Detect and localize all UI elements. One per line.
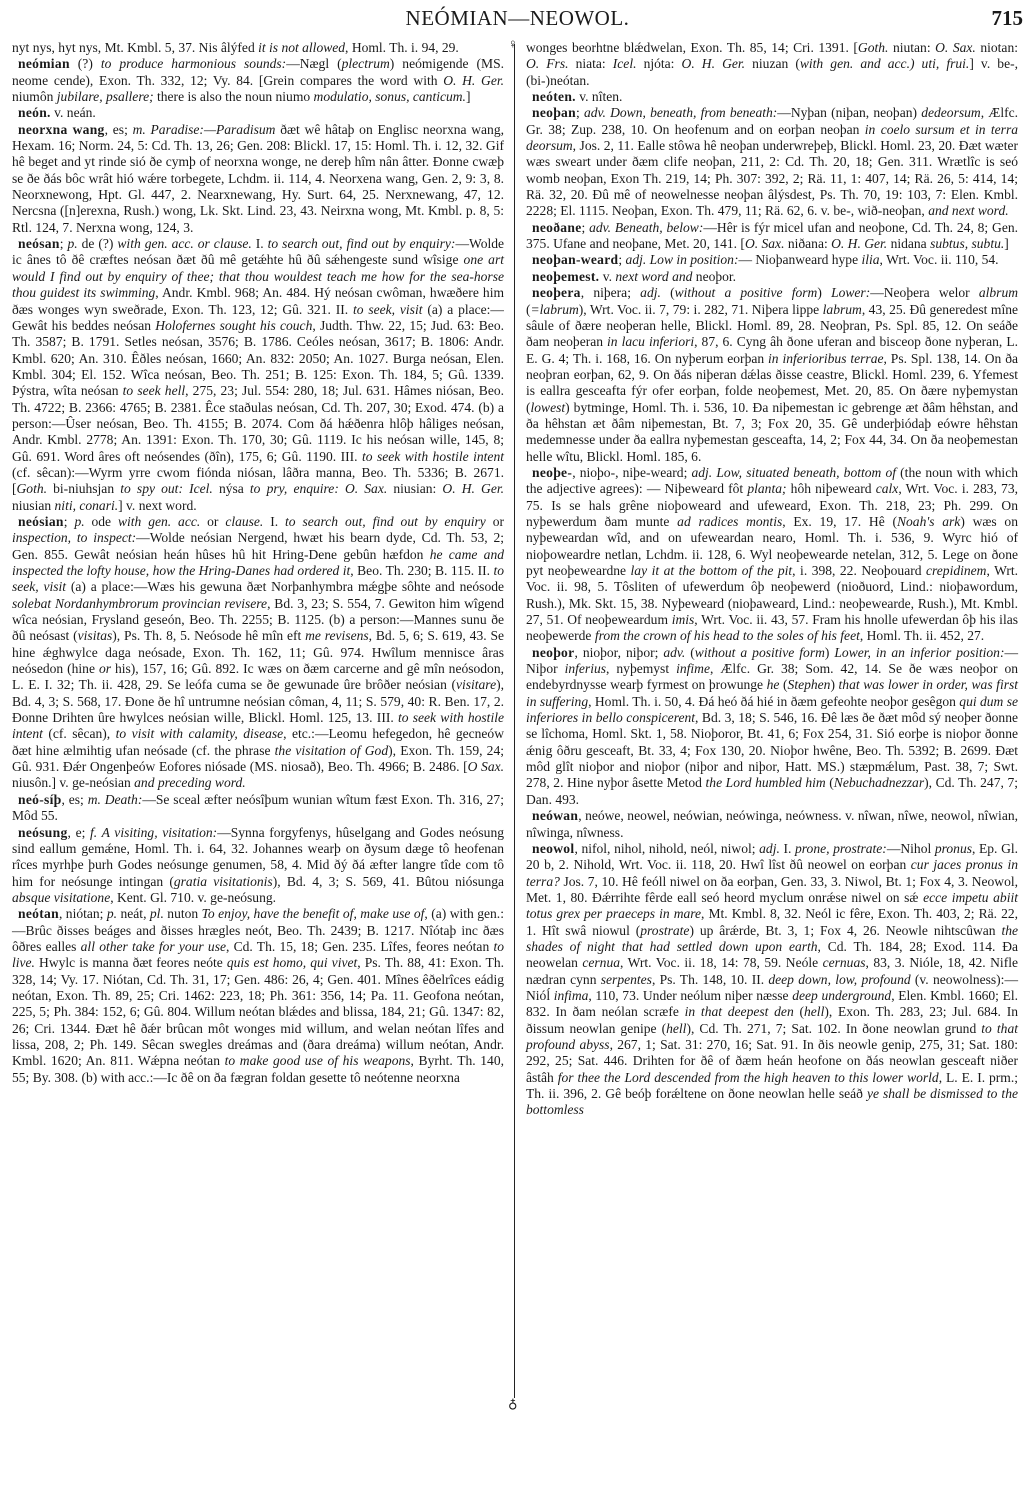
italic-text: To enjoy, have the benefit of, make use … [202, 906, 425, 921]
italic-text: adj. Low in position: [626, 252, 739, 267]
text-run: ] [1004, 236, 1009, 251]
text-run: neát, [117, 906, 150, 921]
headword: neoðane [532, 220, 582, 235]
text-run: , Ps. Th. 148, 10. II. [652, 972, 768, 987]
italic-text: without a positive form [695, 645, 825, 660]
text-run: , Wrt. Voc. ii. 18, 14: 78, 59. Neóle [620, 955, 823, 970]
text-run: , Kent. Gl. 710. v. ge-neósung. [110, 890, 276, 905]
text-run: ), Cd. Th. 271, 7; Sat. 102. In ðone neo… [686, 1021, 981, 1036]
italic-text: it is not allowed [258, 40, 345, 55]
headword: neoþan [532, 105, 576, 120]
italic-text: labrum [823, 302, 862, 317]
text-run: ( [779, 677, 787, 692]
italic-text: subtus, subtu. [930, 236, 1004, 251]
headword: neósan [18, 236, 60, 251]
text-run: nuton [164, 906, 202, 921]
italic-text: in lacu inferiori [607, 334, 694, 349]
italic-text: the Lord humbled him [706, 775, 826, 790]
text-run: , nioþo-, niþe-weard; [572, 465, 691, 480]
italic-text: O. H. Ger. [443, 73, 504, 88]
text-run: ( [685, 645, 695, 660]
text-run: ( [826, 775, 834, 790]
divider-top-ornament-icon: ♀ [508, 38, 518, 50]
headword: neówan [532, 808, 578, 823]
text-run: —Nægl ( [286, 56, 341, 71]
italic-text: adv. Beneath, below: [589, 220, 703, 235]
italic-text: niti, conari. [55, 498, 119, 513]
italic-text: plectrum [342, 56, 390, 71]
italic-text: planta; [747, 481, 786, 496]
text-run: de (?) [78, 236, 118, 251]
italic-text: visitare [456, 677, 496, 692]
italic-text: Holofernes sought his couch [155, 318, 312, 333]
text-run: , Homl. Th. i. 94, 29. [345, 40, 459, 55]
text-run: ðæt wê hâtaþ on Englisc neorxna wang, He… [12, 122, 504, 235]
text-run: v. neán. [51, 105, 96, 120]
text-run: , Beo. Th. 230; B. 115. II. [350, 563, 493, 578]
text-run: niusôn.] v. ge-neósian [12, 775, 134, 790]
dictionary-entry: neó-síþ, es; m. Death:—Se sceal æfter ne… [12, 792, 504, 825]
text-run: ; [64, 514, 75, 529]
italic-text: O. H. Ger. [442, 481, 504, 496]
italic-text: with gen. acc. or clause. [117, 236, 251, 251]
italic-text: or [99, 661, 111, 676]
text-run: or [486, 514, 504, 529]
italic-text: ad radices montis [677, 514, 782, 529]
text-run: njóta: [636, 56, 681, 71]
headword: neoþan-weard [532, 252, 618, 267]
dictionary-entry: neósian; p. ode with gen. acc. or clause… [12, 514, 504, 792]
headword: neósian [18, 514, 64, 529]
italic-text: with gen. acc. [118, 514, 200, 529]
italic-text: O. H. Ger. [682, 56, 746, 71]
dictionary-entry: neómian (?) to produce harmonious sounds… [12, 56, 504, 105]
italic-text: serpentes [601, 972, 652, 987]
text-run: wonges beorhtne blǽdwelan, Exon. Th. 85,… [526, 40, 858, 55]
italic-text: p. [67, 236, 77, 251]
text-run: I. [780, 841, 795, 856]
running-title: NEÓMIAN—NEOWOL. [0, 6, 1035, 31]
headword: neowol [532, 841, 574, 856]
italic-text: O. Sax. [935, 40, 976, 55]
italic-text: f. A visiting, visitation: [90, 825, 217, 840]
text-run: I. [263, 514, 285, 529]
dictionary-entry: neoþe-, nioþo-, niþe-weard; adj. Low, si… [526, 465, 1018, 645]
text-run: —Nyþan (niþan, neoþan) [777, 105, 921, 120]
italic-text: visitas [78, 628, 113, 643]
dictionary-entry: neón. v. neán. [12, 105, 504, 121]
entry-continuation: wonges beorhtne blǽdwelan, Exon. Th. 85,… [526, 40, 1018, 89]
text-run: , nifol, nihol, nihold, neól, niwol; [574, 841, 759, 856]
italic-text: Icel. [613, 56, 637, 71]
text-run: —Nihol [887, 841, 935, 856]
italic-text: gratia visitationis [174, 874, 273, 889]
italic-text: and next word. [928, 203, 1008, 218]
text-run: ] [466, 89, 471, 104]
italic-text: absque visitatione [12, 890, 110, 905]
italic-text: to search out, find out by enquiry: [268, 236, 456, 251]
text-run: Hwylc is manna ðæt feores neóte [35, 955, 227, 970]
text-run: ), Ps. Th. 8, 5. Neósode hê mîn eft [112, 628, 305, 643]
entry-continuation: nyt nys, hyt nys, Mt. Kmbl. 5, 37. Nis â… [12, 40, 504, 56]
text-run: , niótan; [59, 906, 107, 921]
text-run: ( [661, 285, 675, 300]
italic-text: adv. [663, 645, 685, 660]
italic-text: dedeorsum [921, 105, 980, 120]
text-run: I. [252, 236, 268, 251]
italic-text: deep down, low, profound [768, 972, 910, 987]
text-run: , Homl. Th. ii. 452, 27. [860, 628, 984, 643]
italic-text: imis [672, 612, 695, 627]
text-run: , es; [105, 122, 133, 137]
dictionary-entry: neósan; p. de (?) with gen. acc. or clau… [12, 236, 504, 514]
dictionary-entry: neótan, niótan; p. neát, pl. nuton To en… [12, 906, 504, 1086]
italic-text: =labrum [531, 302, 579, 317]
divider-bottom-ornament-icon: ♁ [508, 1398, 518, 1410]
text-run: , niþera; [581, 285, 640, 300]
italic-text: all other take for your use [81, 939, 226, 954]
italic-text: in that deepest den [685, 1004, 794, 1019]
headword: neoþera [532, 285, 581, 300]
italic-text: infime [676, 661, 710, 676]
italic-text: Nebuchadnezzar [834, 775, 924, 790]
text-run: or [200, 514, 225, 529]
italic-text: for thee the Lord descended from the hig… [558, 1070, 939, 1085]
text-run: ) [830, 677, 838, 692]
italic-text: quis est homo, qui vivet [227, 955, 357, 970]
italic-text: inspection, to inspect: [12, 530, 136, 545]
italic-text: m. Death: [88, 792, 143, 807]
text-run: niuzan ( [745, 56, 800, 71]
italic-text: to visit with calamity, disease [116, 726, 283, 741]
italic-text: Stephen [788, 677, 831, 692]
text-run: nyt nys, hyt nys, Mt. Kmbl. 5, 37. Nis â… [12, 40, 258, 55]
italic-text: solebat Nordanhymbrorum provincian revis… [12, 596, 267, 611]
page-number: 715 [992, 6, 1024, 31]
italic-text: p. [74, 514, 84, 529]
headword: neóten. [532, 89, 576, 104]
italic-text: Goth. [858, 40, 888, 55]
italic-text: Noah's ark [897, 514, 960, 529]
italic-text: to seek hell [123, 383, 185, 398]
italic-text: O Sax. [468, 759, 504, 774]
italic-text: pl. [150, 906, 164, 921]
dictionary-entry: neówan, neówe, neowel, neówian, neówinga… [526, 808, 1018, 841]
italic-text: Lower: [831, 285, 870, 300]
text-run: nidana [887, 236, 930, 251]
text-run: , 110, 73. Under neólum niþer næsse [588, 988, 792, 1003]
text-run: niusian [12, 498, 55, 513]
italic-text: me revisens [305, 628, 369, 643]
italic-text: ilia [861, 252, 879, 267]
text-run: ; [618, 252, 625, 267]
italic-text: hell [804, 1004, 824, 1019]
italic-text: in inferioribus terrae [768, 351, 883, 366]
text-run: , i. 398, 22. Neoþouard [792, 563, 926, 578]
italic-text: O. Sax. [745, 236, 785, 251]
headword: neó-síþ [18, 792, 62, 807]
text-run: —Neoþera welor [870, 285, 979, 300]
italic-text: p. [107, 906, 117, 921]
text-run: niutan: [888, 40, 935, 55]
dictionary-entry: neósung, e; f. A visiting, visitation:—S… [12, 825, 504, 907]
text-run: , neówe, neowel, neówian, neówinga, neów… [526, 808, 1018, 839]
italic-text: to spy out: Icel. [120, 481, 213, 496]
italic-text: prostrate [640, 923, 689, 938]
text-run: ; [582, 220, 590, 235]
page-header: NEÓMIAN—NEOWOL. 715 [0, 6, 1035, 34]
italic-text: next word and [615, 269, 692, 284]
italic-text: modulatio, sonus, canticum. [314, 89, 466, 104]
headword: neorxna wang [18, 122, 105, 137]
text-run: v. nîten. [576, 89, 623, 104]
text-run: nýsa [213, 481, 250, 496]
text-run: ( [794, 1004, 804, 1019]
italic-text: cernua [582, 955, 620, 970]
italic-text: without a positive form [675, 285, 818, 300]
italic-text: Lower, in an inferior position: [834, 645, 1004, 660]
text-run: , nioþor, niþor; [574, 645, 663, 660]
text-run: , es; [62, 792, 88, 807]
italic-text: lay it at the bottom of the pit [631, 563, 793, 578]
italic-text: hell [666, 1021, 686, 1036]
text-run: , Wrt. Voc. ii. 110, 54. [880, 252, 999, 267]
italic-text: to make good use of his weapons [225, 1053, 411, 1068]
italic-text: adj. Low, situated beneath, bottom of [691, 465, 896, 480]
italic-text: clause. [225, 514, 263, 529]
italic-text: to produce harmonious sounds: [101, 56, 286, 71]
italic-text: albrum [979, 285, 1018, 300]
text-run: (a) a place:—Wæs his gewuna ðæt Norþanhy… [66, 579, 504, 594]
italic-text: deep underground [792, 988, 891, 1003]
headword: neótan [18, 906, 59, 921]
text-run: ) up ârǽrde, Bt. 3, 1; Fox 4, 26. Neowle… [689, 923, 1001, 938]
text-run: ), Bd. 4, 3; S. 569, 41. Bûtou niósunga [273, 874, 504, 889]
italic-text: with gen. and acc.) uti, frui. [800, 56, 969, 71]
text-run: hôh niþeweard [787, 481, 876, 496]
italic-text: m. Paradise:—Paradisum [133, 122, 276, 137]
text-run: ; [576, 105, 584, 120]
italic-text: and preceding word. [134, 775, 246, 790]
text-run: v. [599, 269, 615, 284]
italic-text: adv. Down, beneath, from beneath: [584, 105, 777, 120]
text-run: ] v. next word. [118, 498, 197, 513]
text-run: niðana: [784, 236, 831, 251]
text-run: niumôn [12, 89, 57, 104]
text-run: , e; [68, 825, 91, 840]
text-run: neoþor. [692, 269, 736, 284]
italic-text: adj. [759, 841, 780, 856]
text-run: , Ps. Th. 88, 41: Exon. Th. 328, 14; Vy.… [12, 955, 504, 1068]
italic-text: from the crown of his head to the soles … [595, 628, 860, 643]
italic-text: O. Frs. [526, 56, 568, 71]
column-divider [514, 44, 515, 1398]
italic-text: he [767, 677, 780, 692]
italic-text: adj. [640, 285, 661, 300]
italic-text: the visitation of God [275, 743, 388, 758]
right-column: wonges beorhtne blǽdwelan, Exon. Th. 85,… [526, 40, 1018, 1119]
text-run: , nyþemyst [606, 661, 676, 676]
headword: neoþor [532, 645, 574, 660]
text-run: ) bytminge, Homl. Th. i. 536, 10. Ða niþ… [526, 400, 1018, 464]
italic-text: to pry, enquire: O. Sax. [250, 481, 387, 496]
italic-text: O. H. Ger. [831, 236, 887, 251]
italic-text: pronus [935, 841, 972, 856]
dictionary-entry: neowol, nifol, nihol, nihold, neól, niwo… [526, 841, 1018, 1119]
headword: neósung [18, 825, 68, 840]
text-run: ode [85, 514, 118, 529]
left-column: nyt nys, hyt nys, Mt. Kmbl. 5, 37. Nis â… [12, 40, 504, 1086]
text-run: , Cd. Th. 15, 18; Gen. 235. Lîfes, feore… [226, 939, 493, 954]
italic-text: calx [876, 481, 899, 496]
italic-text: to seek, visit [353, 302, 423, 317]
headword: neoþe- [532, 465, 572, 480]
dictionary-entry: neoþera, niþera; adj. (without a positiv… [526, 285, 1018, 465]
text-run: (cf. sêcan), [43, 726, 116, 741]
italic-text: inferius [565, 661, 606, 676]
text-run: ) [817, 285, 831, 300]
text-run: bi-niuhsjan [47, 481, 120, 496]
dictionary-entry: neoþemest. v. next word and neoþor. [526, 269, 1018, 285]
text-run: ), Wrt. Voc. ii. 7, 79: i. 282, 71. Niþe… [579, 302, 823, 317]
italic-text: to seek with hostile intent [362, 449, 504, 464]
dictionary-entry: neoþan; adv. Down, beneath, from beneath… [526, 105, 1018, 219]
text-run: niata: [568, 56, 612, 71]
text-run: , Homl. Th. i. 50, 4. Ðá heó ðá hié in ð… [588, 694, 959, 709]
text-run: ) [825, 645, 835, 660]
headword: neómian [18, 56, 70, 71]
text-run: — Nioþanweard hype [738, 252, 861, 267]
dictionary-entry: neóten. v. nîten. [526, 89, 1018, 105]
italic-text: prone, prostrate: [795, 841, 887, 856]
dictionary-entry: neorxna wang, es; m. Paradise:—Paradisum… [12, 122, 504, 236]
text-run: (?) [70, 56, 101, 71]
headword: neoþemest. [532, 269, 599, 284]
italic-text: to search out, find out by enquiry [285, 514, 486, 529]
headword: neón. [18, 105, 51, 120]
italic-text: crepidinem [926, 563, 986, 578]
text-run: there is also the noun niumo [154, 89, 314, 104]
italic-text: infima [554, 988, 589, 1003]
text-run: niusian: [387, 481, 442, 496]
text-run: , Ex. 19, 17. Hê ( [782, 514, 897, 529]
italic-text: Goth. [17, 481, 47, 496]
italic-text: jubilare, psallere; [57, 89, 154, 104]
italic-text: lowest [531, 400, 566, 415]
dictionary-entry: neoþan-weard; adj. Low in position:— Nio… [526, 252, 1018, 268]
dictionary-entry: neoðane; adv. Beneath, below:—Hêr is fýr… [526, 220, 1018, 253]
dictionary-entry: neoþor, nioþor, niþor; adv. (without a p… [526, 645, 1018, 808]
text-run: niotan: [976, 40, 1018, 55]
italic-text: cernuas [823, 955, 866, 970]
